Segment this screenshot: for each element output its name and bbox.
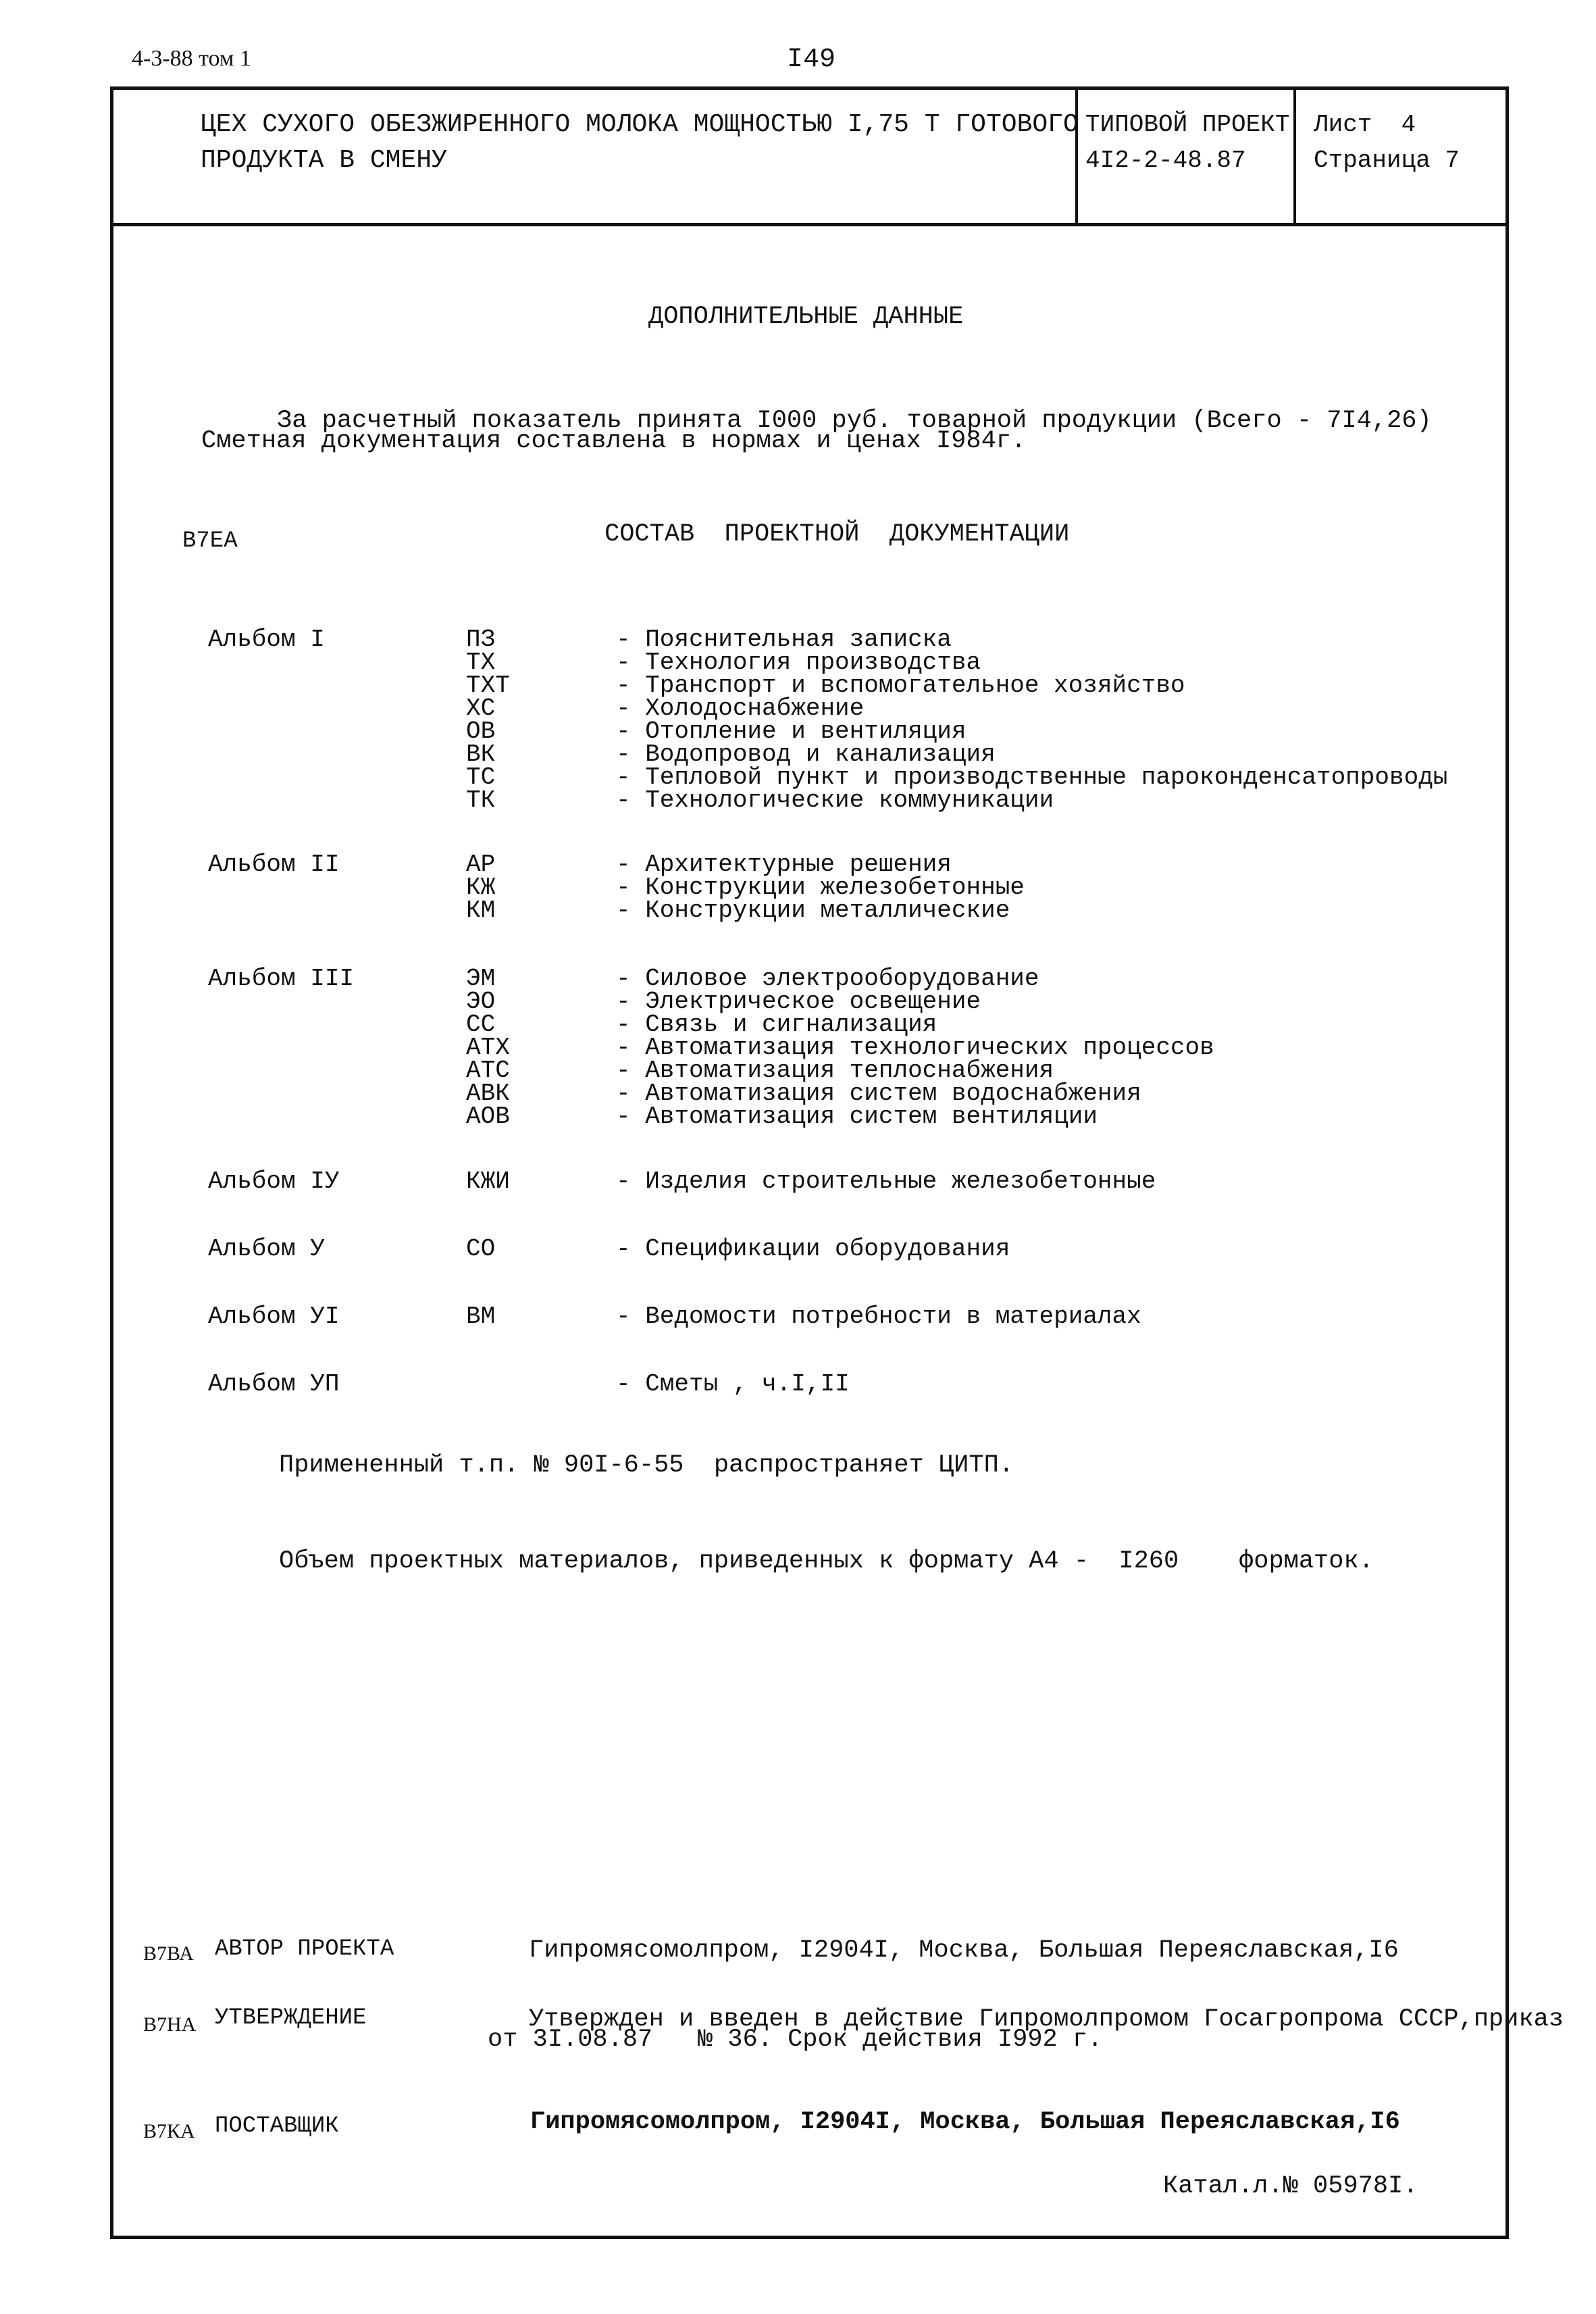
- doc-description: - Технологические коммуникации: [616, 789, 1054, 812]
- doc-code: ТХ: [466, 651, 495, 674]
- title-block-separator-2: [1293, 86, 1296, 226]
- supplier-value: Гипромясомолпром, I2904I, Москва, Больша…: [530, 2108, 1400, 2136]
- approval-line-2: от 3I.08.87 № 36. Срок действия I992 г.: [488, 2026, 1102, 2054]
- doc-description: - Автоматизация теплоснабжения: [616, 1059, 1054, 1082]
- author-code: В7ВА: [143, 1942, 194, 1965]
- doc-description: - Транспорт и вспомогательное хозяйство: [616, 674, 1185, 697]
- doc-description: - Отопление и вентиляция: [616, 720, 966, 743]
- page-number: I49: [787, 45, 835, 75]
- doc-description: - Водопровод и канализация: [616, 743, 996, 766]
- title-block-separator-1: [1075, 86, 1078, 226]
- doc-code: ТС: [466, 766, 495, 789]
- doc-description: - Ведомости потребности в материалах: [616, 1305, 1141, 1328]
- catalog-number: Катал.л.№ 05978I.: [1163, 2172, 1418, 2200]
- doc-description: - Тепловой пункт и производственные паро…: [616, 766, 1447, 789]
- section-heading: ДОПОЛНИТЕЛЬНЫЕ ДАННЫЕ: [648, 303, 963, 331]
- doc-description: - Холодоснабжение: [616, 697, 864, 720]
- doc-description: - Автоматизация систем водоснабжения: [616, 1082, 1141, 1105]
- doc-code: ХС: [466, 697, 495, 720]
- doc-code: АОВ: [466, 1105, 510, 1128]
- doc-description: - Конструкции металлические: [616, 899, 1010, 922]
- paragraph-line-2: Сметная документация составлена в нормах…: [201, 427, 1026, 455]
- doc-code: КЖИ: [466, 1170, 510, 1193]
- author-label: АВТОР ПРОЕКТА: [215, 1936, 394, 1962]
- project-number: 4I2-2-48.87: [1085, 144, 1246, 178]
- doc-code: ЭМ: [466, 967, 495, 990]
- title-line-1: ЦЕХ СУХОГО ОБЕЗЖИРЕННОГО МОЛОКА МОЩНОСТЬ…: [201, 108, 1079, 142]
- volume-reference: 4-3-88 том 1: [132, 46, 251, 72]
- doc-code: КЖ: [466, 876, 495, 899]
- album-label: Альбом IУ: [208, 1170, 339, 1193]
- supplier-code: В7КА: [143, 2120, 195, 2143]
- doc-description: - Автоматизация систем вентиляции: [616, 1105, 1098, 1128]
- title-block-divider: [110, 223, 1509, 226]
- doc-code: СС: [466, 1013, 495, 1036]
- doc-code: КМ: [466, 899, 495, 922]
- album-label: Альбом III: [208, 967, 354, 990]
- title-line-2: ПРОДУКТА В СМЕНУ: [201, 144, 447, 178]
- doc-description: - Сметы , ч.I,II: [616, 1373, 850, 1396]
- album-label: Альбом I: [208, 628, 325, 651]
- doc-description: - Автоматизация технологических процессо…: [616, 1036, 1214, 1059]
- approval-code: В7НА: [143, 2013, 196, 2036]
- doc-description: - Спецификации оборудования: [616, 1238, 1010, 1261]
- doc-code: АТХ: [466, 1036, 510, 1059]
- project-label: ТИПОВОЙ ПРОЕКТ: [1085, 108, 1289, 142]
- author-value: Гипромясомолпром, I2904I, Москва, Больша…: [529, 1936, 1399, 1965]
- doc-code: ВМ: [466, 1305, 495, 1328]
- section-title: СОСТАВ ПРОЕКТНОЙ ДОКУМЕНТАЦИИ: [604, 520, 1069, 549]
- album-label: Альбом УI: [208, 1305, 339, 1328]
- doc-code: ПЗ: [466, 628, 495, 651]
- doc-description: - Технология производства: [616, 651, 981, 674]
- applied-project-note: Примененный т.п. № 90I-6-55 распространя…: [279, 1451, 1014, 1480]
- doc-code: СО: [466, 1238, 495, 1261]
- doc-description: - Связь и сигнализация: [616, 1013, 937, 1036]
- album-label: Альбом УП: [208, 1373, 339, 1396]
- page-label: Страница 7: [1314, 144, 1460, 178]
- doc-code: ВК: [466, 743, 495, 766]
- doc-description: - Силовое электрооборудование: [616, 967, 1039, 990]
- doc-code: АР: [466, 853, 495, 876]
- doc-code: АВК: [466, 1082, 510, 1105]
- doc-description: - Изделия строительные железобетонные: [616, 1170, 1156, 1193]
- album-label: Альбом У: [208, 1238, 325, 1261]
- volume-note: Объем проектных материалов, приведенных …: [279, 1547, 1374, 1576]
- doc-description: - Пояснительная записка: [616, 628, 952, 651]
- doc-description: - Конструкции железобетонные: [616, 876, 1025, 899]
- doc-code: ТК: [466, 789, 495, 812]
- doc-code: АТС: [466, 1059, 510, 1082]
- doc-code: ТХТ: [466, 674, 510, 697]
- approval-label: УТВЕРЖДЕНИЕ: [215, 2005, 366, 2031]
- doc-description: - Электрическое освещение: [616, 990, 981, 1013]
- album-label: Альбом II: [208, 853, 339, 876]
- section-code: В7ЕА: [182, 528, 238, 554]
- doc-code: ЭО: [466, 990, 495, 1013]
- doc-code: ОВ: [466, 720, 495, 743]
- sheet-label: Лист 4: [1314, 108, 1416, 142]
- doc-description: - Архитектурные решения: [616, 853, 952, 876]
- supplier-label: ПОСТАВЩИК: [215, 2113, 339, 2139]
